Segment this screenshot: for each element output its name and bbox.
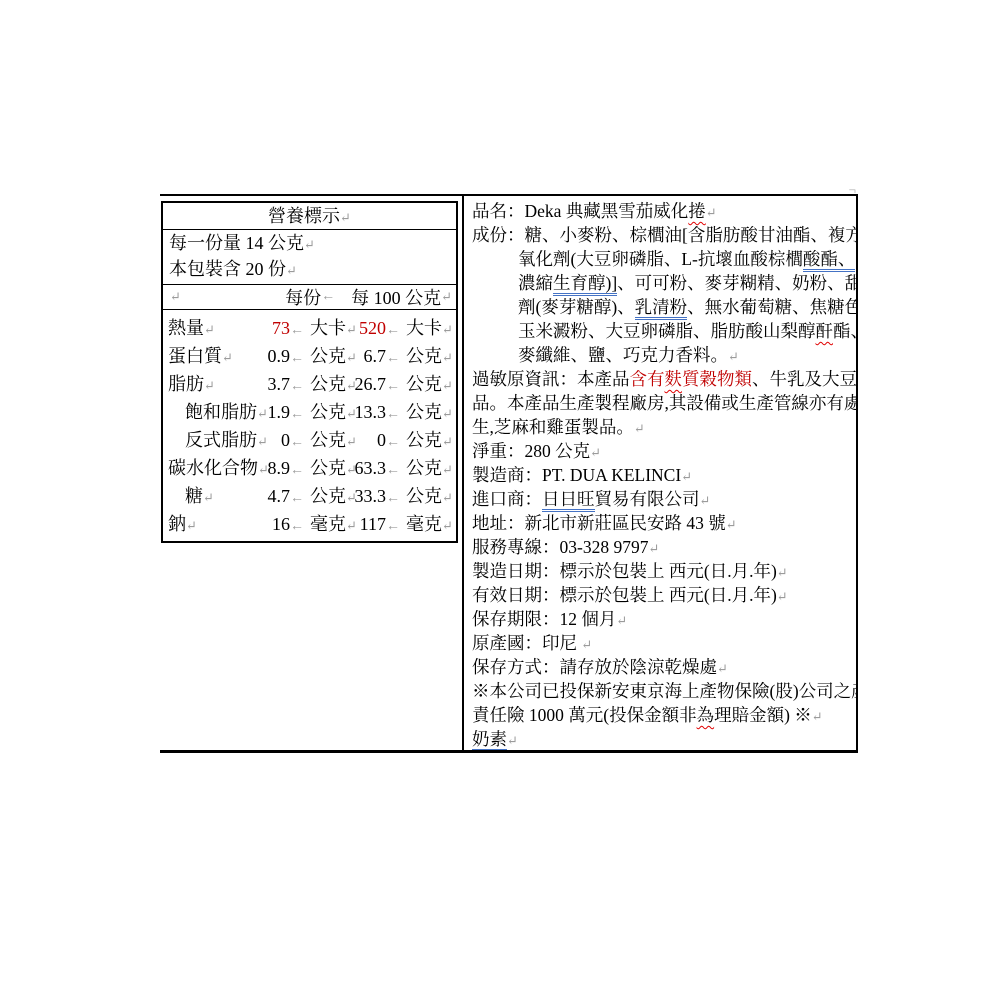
pilcrow-mark: ↵ [442, 378, 453, 393]
value-per-100g: 63.3 [355, 458, 387, 478]
value-per-serving: 73 [272, 318, 290, 338]
pilcrow-mark: ↵ [700, 493, 711, 508]
col-per-100g: 每 100 公克 [351, 284, 441, 310]
servings-per-pack-text: 本包裝含 20 份 [169, 259, 286, 279]
vegetarian-type-line: 奶素↵ [472, 727, 852, 750]
pilcrow-mark: ↵ [170, 289, 181, 305]
pilcrow-mark: ↵ [203, 490, 214, 505]
shelf-life-line: 保存期限：12 個月↵ [472, 607, 852, 631]
unit: 公克 [406, 486, 442, 506]
allergen-line-1: 過敏原資訊：本產品含有麩質穀物類、牛乳及大豆製 [472, 367, 852, 391]
unit: 公克 [310, 430, 346, 450]
pilcrow-mark: ↵ [728, 349, 739, 364]
allergen-warning-red: 麩 [665, 369, 683, 389]
unit: 公克 [406, 458, 442, 478]
allergen-line-2: 品。本產品生產製程廠房,其設備或生產管線亦有處理花 [472, 391, 852, 415]
insurance-line-1: ※本公司已投保新安東京海上產物保險(股)公司之產品 [472, 679, 852, 703]
value-per-100g: 33.3 [355, 486, 387, 506]
ingredients-line-2: 氧化劑(大豆卵磷脂、L-抗壞血酸棕櫚酸酯、混合↵ [518, 247, 852, 271]
tab-mark: ← [290, 519, 304, 534]
servings-per-pack-line: 本包裝含 20 份↵ [169, 257, 450, 283]
ingredients-text: 混合 [855, 249, 856, 269]
tab-mark: ← [386, 379, 400, 394]
unit: 公克 [406, 402, 442, 422]
tab-mark: ← [290, 379, 304, 394]
pilcrow-mark: ↵ [507, 733, 518, 748]
pilcrow-mark: ↵ [442, 322, 453, 337]
allergen-line-3: 生,芝麻和雞蛋製品。↵ [472, 415, 852, 439]
spellcheck-word: 捲 [688, 201, 706, 221]
importer-line: 進口商：日日旺貿易有限公司↵ [472, 487, 852, 511]
ingredients-line-4: 劑(麥芽糖醇)、乳清粉、無水葡萄糖、焦糖色素、↵ [518, 295, 852, 319]
tab-mark: ← [386, 519, 400, 534]
pilcrow-mark: ↵ [204, 322, 215, 337]
unit: 公克 [406, 346, 442, 366]
table-row-sugar: 糖↵ 4.7← 公克↵ 33.3← 公克↵ [163, 482, 456, 510]
product-name-line: 品名：Deka 典藏黑雪茄威化捲↵ [472, 199, 852, 223]
table-row-carbohydrate: 碳水化合物↵ 8.9← 公克↵ 63.3← 公克↵ [163, 454, 456, 482]
value-per-100g: 6.7 [364, 346, 387, 366]
nutrition-title: 營養標示 [268, 206, 340, 226]
nutrient-label: 熱量 [168, 318, 204, 338]
allergen-warning-red: 質穀物類 [682, 369, 752, 389]
product-spec-document: ¬ 營養標示↵ 每一份量 14 公克↵ 本包裝含 20 份↵ ↵ 每份← 每 1… [160, 194, 858, 753]
value-per-100g: 13.3 [355, 402, 387, 422]
insurance-text: 責任險 1000 萬元(投保金額非 [472, 705, 697, 725]
insurance-text: 理賠金額) ※ [714, 705, 812, 725]
tab-mark: ← [386, 491, 400, 506]
allergen-text: 過敏原資訊：本產品 [472, 369, 630, 389]
address-line: 地址：新北市新莊區民安路 43 號↵ [472, 511, 852, 535]
grammar-flagged-text: 乳清粉 [635, 297, 688, 320]
grammar-flagged-text: 奶素 [472, 729, 507, 750]
address-text: 地址：新北市新莊區民安路 43 號 [472, 513, 726, 533]
unit: 毫克 [310, 514, 346, 534]
unit: 毫克 [406, 514, 442, 534]
importer-label: 進口商： [472, 489, 542, 509]
ingredients-text: 劑(麥芽糖醇)、 [518, 297, 635, 317]
tab-mark: ← [290, 463, 304, 478]
origin-country-text: 原產國：印尼 [472, 633, 581, 653]
tab-mark: ← [290, 351, 304, 366]
pilcrow-mark: ↵ [186, 518, 197, 533]
pilcrow-mark: ↵ [717, 661, 728, 676]
unit: 公克 [310, 458, 346, 478]
table-row-trans-fat: 反式脂肪↵ 0← 公克↵ 0← 公克↵ [163, 426, 456, 454]
grammar-flagged-text: 日日旺 [542, 489, 595, 512]
importer-text: 貿易有限公司 [595, 489, 700, 509]
allergen-text: 、牛乳及大豆製 [752, 369, 856, 389]
tab-mark: ← [386, 435, 400, 450]
pilcrow-mark: ↵ [442, 406, 453, 421]
spellcheck-word: 為 [697, 705, 715, 725]
value-per-serving: 1.9 [268, 402, 291, 422]
nutrient-label: 脂肪 [168, 374, 204, 394]
ingredients-text: 成份：糖、小麥粉、棕櫚油[含脂肪酸甘油酯、複方抗 [472, 225, 856, 245]
pilcrow-mark: ↵ [726, 517, 737, 532]
value-per-serving: 0.9 [268, 346, 291, 366]
value-per-serving: 4.7 [268, 486, 291, 506]
pilcrow-mark: ↵ [340, 210, 351, 225]
service-phone-text: 服務專線：03-328 9797 [472, 537, 648, 557]
unit: 公克 [310, 374, 346, 394]
shelf-life-text: 保存期限：12 個月 [472, 609, 616, 629]
value-per-100g: 0 [377, 430, 386, 450]
tab-mark: ← [290, 435, 304, 450]
value-per-serving: 8.9 [268, 458, 291, 478]
unit: 公克 [406, 430, 442, 450]
table-row-sodium: 鈉↵ 16← 毫克↵ 117← 毫克↵ [163, 510, 456, 538]
pilcrow-mark: ↵ [222, 350, 233, 365]
pilcrow-mark: ↵ [442, 434, 453, 449]
value-per-serving: 16 [272, 514, 290, 534]
expiry-date-text: 有效日期：標示於包裝上 西元(日.月.年) [472, 585, 777, 605]
tab-mark: ← [386, 323, 400, 338]
unit: 大卡 [406, 318, 442, 338]
value-per-serving: 0 [281, 430, 290, 450]
insurance-text: ※本公司已投保新安東京海上產物保險(股)公司之產品 [472, 681, 856, 701]
pilcrow-mark: ↵ [634, 421, 645, 436]
insurance-line-2: 責任險 1000 萬元(投保金額非為理賠金額) ※↵ [472, 703, 852, 727]
table-row-calories: 熱量↵ 73← 大卡↵ 520← 大卡↵ [163, 314, 456, 342]
pilcrow-mark: ↵ [616, 613, 627, 628]
manufacture-date-text: 製造日期：標示於包裝上 西元(日.月.年) [472, 561, 777, 581]
ingredients-line-1: 成份：糖、小麥粉、棕櫚油[含脂肪酸甘油酯、複方抗↵ [472, 223, 852, 247]
tab-mark: ← [290, 323, 304, 338]
ingredients-text: 、無水葡萄糖、焦糖色素、 [687, 297, 856, 317]
nutrient-label: 碳水化合物 [168, 458, 258, 478]
tab-mark: ← [290, 407, 304, 422]
nutrient-label: 飽和脂肪 [185, 402, 257, 422]
manufacture-date-line: 製造日期：標示於包裝上 西元(日.月.年)↵ [472, 559, 852, 583]
pilcrow-mark: ↵ [581, 637, 592, 652]
unit: 公克 [310, 402, 346, 422]
allergen-text: 品。本產品生產製程廠房,其設備或生產管線亦有處理花 [472, 393, 856, 413]
net-weight-line: 淨重：280 公克↵ [472, 439, 852, 463]
ingredients-text: 濃縮 [518, 273, 553, 293]
nutrient-label: 糖 [185, 486, 203, 506]
pilcrow-mark: ↵ [681, 469, 692, 484]
grammar-flagged-text: 生育醇)] [553, 273, 617, 296]
value-per-100g: 117 [360, 514, 386, 534]
pilcrow-mark: ↵ [286, 263, 297, 278]
expiry-date-line: 有效日期：標示於包裝上 西元(日.月.年)↵ [472, 583, 852, 607]
pilcrow-mark: ↵ [590, 445, 601, 460]
pilcrow-mark: ↵ [777, 565, 788, 580]
serving-info-block: 每一份量 14 公克↵ 本包裝含 20 份↵ [163, 230, 456, 285]
pilcrow-mark: ↵ [442, 462, 453, 477]
manufacturer-text: 製造商：PT. DUA KELINCI [472, 465, 681, 485]
nutrition-title-row: 營養標示↵ [163, 203, 456, 230]
pilcrow-mark: ↵ [648, 541, 659, 556]
nutrition-header-row: ↵ 每份← 每 100 公克↵ [163, 285, 456, 310]
pilcrow-mark: ↵ [706, 205, 717, 220]
product-name-text: 品名：Deka 典藏黑雪茄威化 [472, 201, 688, 221]
unit: 公克 [406, 374, 442, 394]
unit: 公克 [310, 486, 346, 506]
ingredients-line-5: 玉米澱粉、大豆卵磷脂、脂肪酸山梨醇酐酯、小↵ [518, 319, 852, 343]
storage-line: 保存方式：請存放於陰涼乾燥處↵ [472, 655, 852, 679]
allergen-warning-red: 含有 [630, 369, 665, 389]
ingredients-text: 玉米澱粉、大豆卵磷脂、脂肪酸山梨醇 [518, 321, 816, 341]
tab-mark: ← [321, 289, 335, 305]
allergen-text: 生,芝麻和雞蛋製品。 [472, 417, 634, 437]
serving-size-line: 每一份量 14 公克↵ [169, 231, 450, 257]
nutrition-rows: 熱量↵ 73← 大卡↵ 520← 大卡↵ 蛋白質↵ 0.9← 公克↵ 6.7← … [163, 310, 456, 541]
ingredients-text: 、可可粉、麥芽糊精、奶粉、甜味 [617, 273, 856, 293]
ingredients-line-6: 麥纖維、鹽、巧克力香料。↵ [518, 343, 852, 367]
col-per-serving: 每份 [285, 284, 321, 310]
ingredients-text: 酯、小 [833, 321, 856, 341]
value-per-100g: 520 [359, 318, 386, 338]
table-row-protein: 蛋白質↵ 0.9← 公克↵ 6.7← 公克↵ [163, 342, 456, 370]
table-row-saturated-fat: 飽和脂肪↵ 1.9← 公克↵ 13.3← 公克↵ [163, 398, 456, 426]
ingredients-text: 氧化劑(大豆卵磷脂、L-抗壞血酸棕櫚 [518, 249, 803, 269]
table-row-fat: 脂肪↵ 3.7← 公克↵ 26.7← 公克↵ [163, 370, 456, 398]
pilcrow-mark: ↵ [442, 490, 453, 505]
pilcrow-mark: ↵ [442, 350, 453, 365]
pilcrow-mark: ↵ [442, 518, 453, 533]
unit: 大卡 [310, 318, 346, 338]
ingredients-line-3: 濃縮生育醇)]、可可粉、麥芽糊精、奶粉、甜味↵ [518, 271, 852, 295]
nutrient-label: 反式脂肪 [185, 430, 257, 450]
product-info-panel: 品名：Deka 典藏黑雪茄威化捲↵ 成份：糖、小麥粉、棕櫚油[含脂肪酸甘油酯、複… [464, 196, 856, 750]
value-per-100g: 26.7 [355, 374, 387, 394]
storage-text: 保存方式：請存放於陰涼乾燥處 [472, 657, 717, 677]
value-per-serving: 3.7 [268, 374, 291, 394]
service-phone-line: 服務專線：03-328 9797↵ [472, 535, 852, 559]
grammar-flagged-text: 酸酯、 [803, 249, 856, 272]
unit: 公克 [310, 346, 346, 366]
pilcrow-mark: ↵ [304, 237, 315, 252]
ingredients-text: 麥纖維、鹽、巧克力香料。 [518, 345, 728, 365]
tab-mark: ← [386, 463, 400, 478]
serving-size-text: 每一份量 14 公克 [169, 233, 304, 253]
origin-country-line: 原產國：印尼 ↵ [472, 631, 852, 655]
spellcheck-word: 酐 [816, 321, 834, 341]
nutrient-label: 鈉 [168, 514, 186, 534]
net-weight-text: 淨重：280 公克 [472, 441, 590, 461]
tab-mark: ← [386, 351, 400, 366]
pilcrow-mark: ↵ [441, 289, 452, 305]
pilcrow-mark: ↵ [204, 378, 215, 393]
tab-mark: ← [386, 407, 400, 422]
manufacturer-line: 製造商：PT. DUA KELINCI↵ [472, 463, 852, 487]
tab-mark: ← [290, 491, 304, 506]
nutrient-label: 蛋白質 [168, 346, 222, 366]
pilcrow-mark: ↵ [812, 709, 823, 724]
nutrition-table: 營養標示↵ 每一份量 14 公克↵ 本包裝含 20 份↵ ↵ 每份← 每 100… [161, 201, 458, 543]
pilcrow-mark: ↵ [777, 589, 788, 604]
